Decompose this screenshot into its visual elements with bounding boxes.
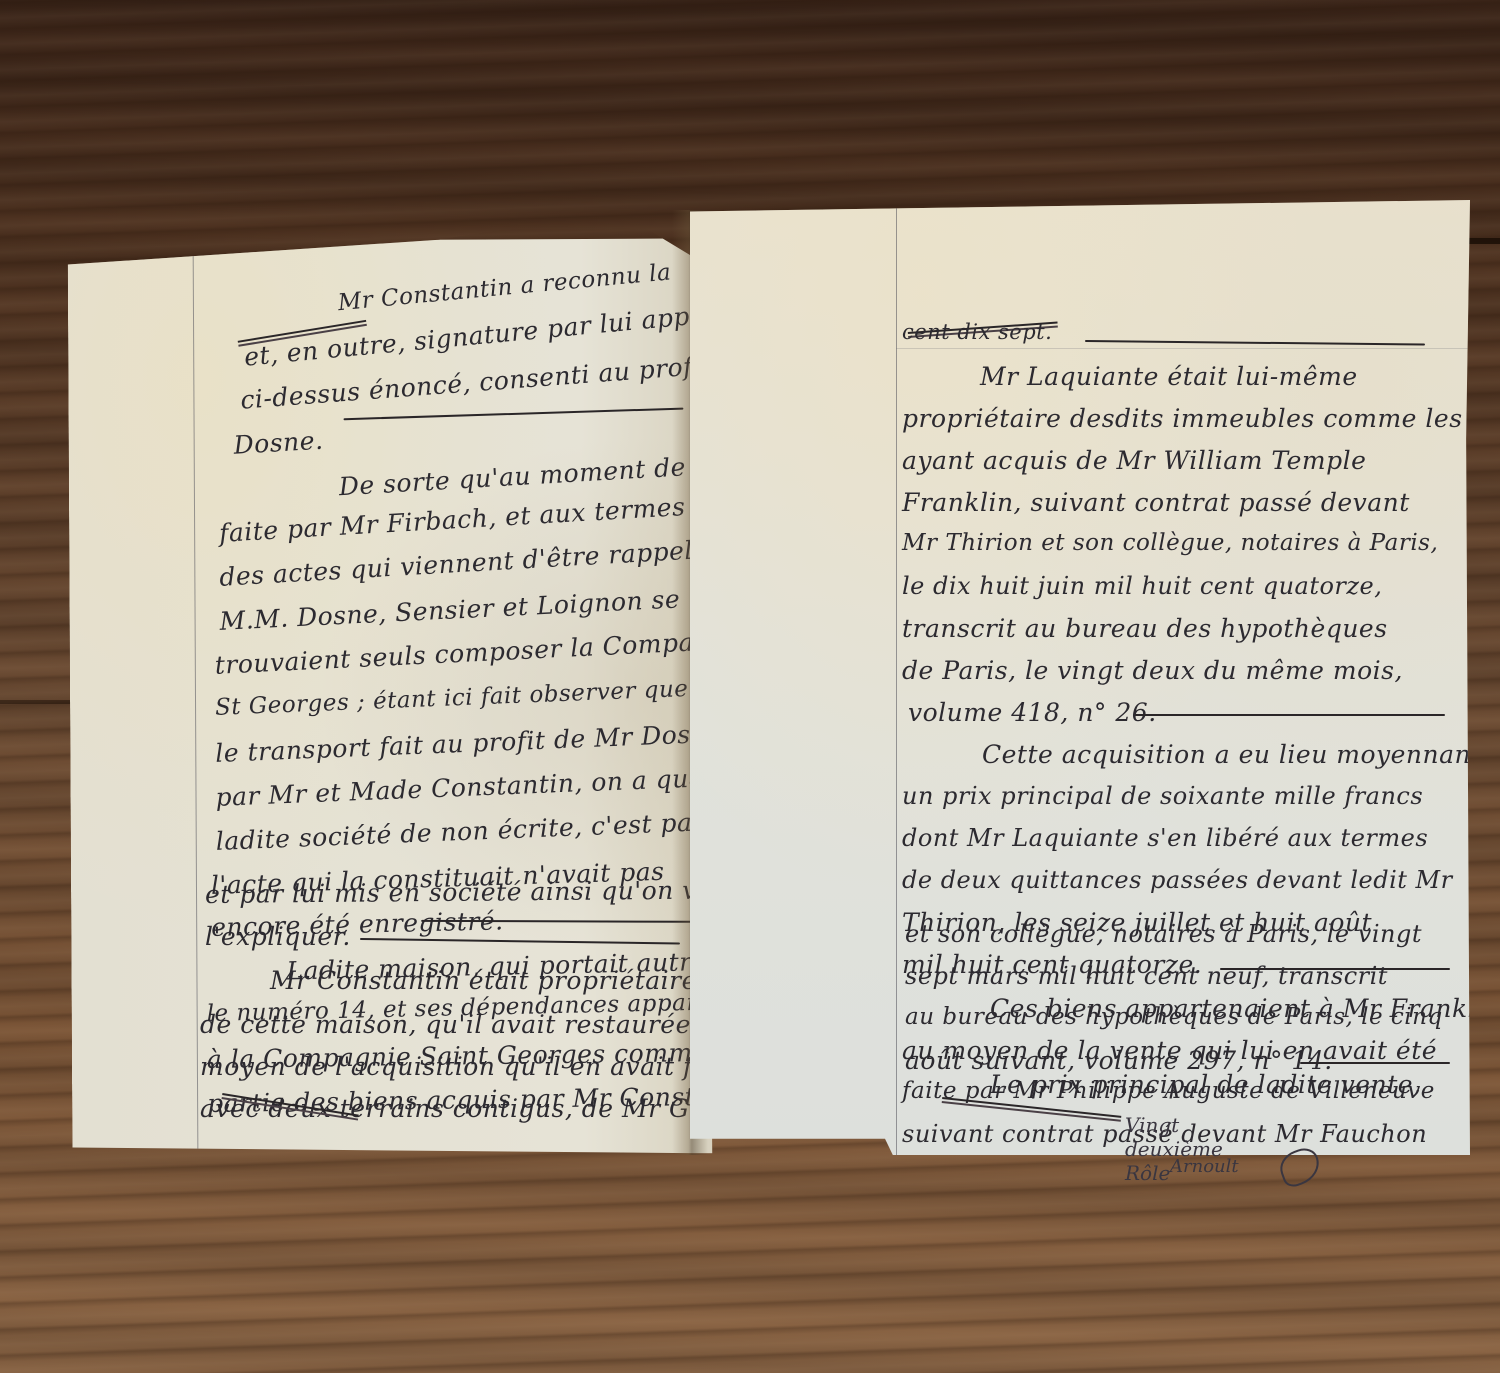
handwritten-line: le dix huit juin mil huit cent quatorze,	[902, 572, 1382, 600]
handwritten-line: St Georges ; étant ici fait observer que…	[215, 672, 713, 721]
handwritten-line: cent dix sept.	[902, 320, 1052, 344]
handwritten-line: trouvaient seuls composer la Compagnie	[214, 625, 712, 680]
handwritten-line: ayant acquis de Mr William Temple	[902, 446, 1366, 475]
ruled-line	[896, 348, 1470, 349]
handwritten-line: Mr Thirion et son collègue, notaires à P…	[902, 530, 1438, 556]
handwritten-line: de deux quittances passées devant ledit …	[902, 866, 1453, 894]
handwritten-line: Le prix principal de ladite vente,	[990, 1070, 1421, 1099]
notary-signature: Arnoult	[1170, 1156, 1239, 1177]
handwritten-line: au bureau des hypothèques de Paris, le c…	[905, 1004, 1443, 1030]
handwritten-line: le transport fait au profit de Mr Dosne	[215, 719, 713, 768]
handwritten-line: Cette acquisition a eu lieu moyennant	[982, 740, 1470, 769]
handwritten-line: ladite société de non écrite, c'est parc…	[215, 804, 712, 856]
handwritten-line: moyen de l'acquisition qu'il en avait fa…	[200, 1052, 742, 1081]
handwritten-line: Dosne.	[233, 426, 324, 460]
handwritten-line: sept mars mil huit cent neuf, transcrit	[905, 962, 1388, 990]
handwritten-line: et par lui mis en société ainsi qu'on va	[205, 876, 713, 909]
handwritten-line: de cette maison, qu'il avait restaurée, …	[200, 1010, 740, 1039]
handwritten-line: volume 418, n° 26.	[908, 698, 1157, 727]
line-filler-stroke	[344, 408, 684, 421]
line-filler-stroke	[1300, 1062, 1450, 1064]
handwritten-line: Mr Constantin était propriétaire	[270, 966, 697, 995]
margin-rule	[896, 200, 897, 1155]
handwritten-line: l'expliquer.	[205, 922, 351, 951]
handwritten-line: M.M. Dosne, Sensier et Loignon se	[219, 584, 681, 635]
handwritten-line: dont Mr Laquiante s'en libéré aux termes	[902, 824, 1428, 852]
handwritten-line: par Mr et Made Constantin, on a qualifié	[215, 761, 712, 812]
handwritten-line: et son collègue, notaires à Paris, le vi…	[905, 920, 1422, 948]
margin-rule	[193, 241, 199, 1156]
handwritten-line: propriétaire desdits immeubles comme les	[902, 404, 1463, 433]
handwritten-line: transcrit au bureau des hypothèques	[902, 614, 1388, 643]
handwritten-line: un prix principal de soixante mille fran…	[902, 782, 1423, 810]
handwritten-line: Franklin, suivant contrat passé devant	[902, 488, 1410, 517]
line-filler-stroke	[1085, 340, 1425, 346]
handwritten-line: Mr Laquiante était lui-même	[980, 362, 1358, 391]
line-filler-stroke	[1135, 714, 1445, 716]
handwritten-line: de Paris, le vingt deux du même mois,	[902, 656, 1403, 685]
plank-seam	[0, 700, 70, 704]
